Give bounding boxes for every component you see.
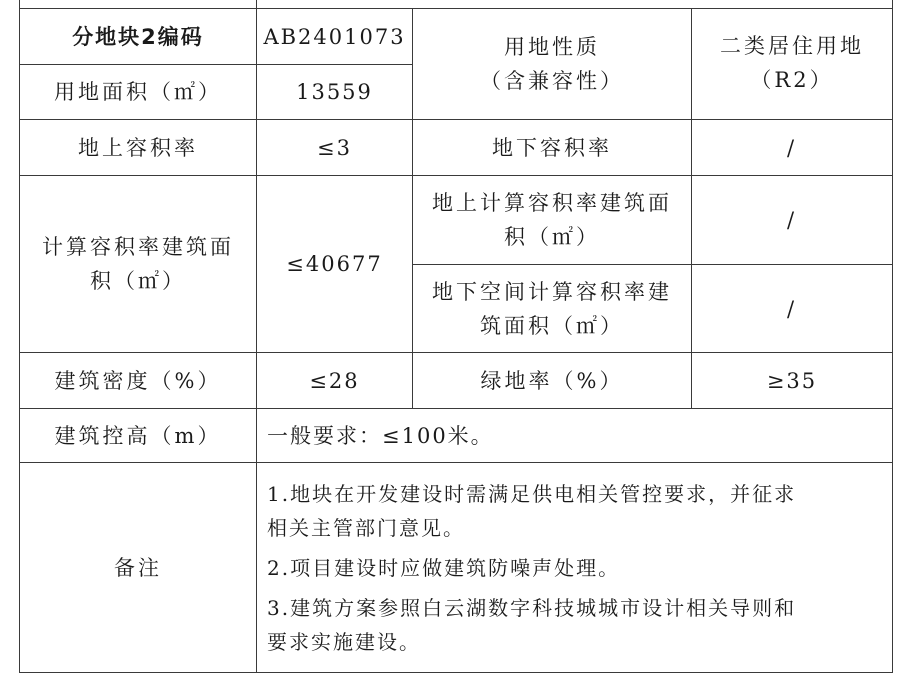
note-item: 2.项目建设时应做建筑防噪声处理。 <box>267 551 882 585</box>
table-row: 分地块2编码 AB2401073 用地性质 （含兼容性） 二类居住用地 （R2） <box>20 9 893 65</box>
height-limit-label: 建筑控高（m） <box>20 409 257 463</box>
table-stub-row <box>20 0 893 9</box>
height-limit-value: 一般要求：≤100米。 <box>257 409 893 463</box>
green-ratio-label: 绿地率（%） <box>413 353 692 409</box>
building-density-label: 建筑密度（%） <box>20 353 257 409</box>
planning-indicators-table: 分地块2编码 AB2401073 用地性质 （含兼容性） 二类居住用地 （R2）… <box>19 0 893 673</box>
below-calc-area-label: 地下空间计算容积率建 筑面积（㎡） <box>413 265 692 353</box>
table-row: 计算容积率建筑面 积（㎡） ≤40677 地上计算容积率建筑面 积（㎡） / <box>20 176 893 265</box>
far-below-label: 地下容积率 <box>413 120 692 176</box>
land-area-value: 13559 <box>257 65 413 120</box>
table-row: 备注 1.地块在开发建设时需满足供电相关管控要求，并征求 相关主管部门意见。 2… <box>20 463 893 673</box>
building-density-value: ≤28 <box>257 353 413 409</box>
far-above-label: 地上容积率 <box>20 120 257 176</box>
notes-label: 备注 <box>20 463 257 673</box>
notes-content: 1.地块在开发建设时需满足供电相关管控要求，并征求 相关主管部门意见。 2.项目… <box>257 463 893 673</box>
plot-code-value: AB2401073 <box>257 9 413 65</box>
plot-code-label: 分地块2编码 <box>20 9 257 65</box>
table-row: 地上容积率 ≤3 地下容积率 / <box>20 120 893 176</box>
calc-area-label: 计算容积率建筑面 积（㎡） <box>20 176 257 353</box>
below-calc-area-value: / <box>692 265 893 353</box>
calc-area-value: ≤40677 <box>257 176 413 353</box>
land-area-label: 用地面积（㎡） <box>20 65 257 120</box>
land-use-value: 二类居住用地 （R2） <box>692 9 893 120</box>
table-row: 建筑控高（m） 一般要求：≤100米。 <box>20 409 893 463</box>
far-below-value: / <box>692 120 893 176</box>
green-ratio-value: ≥35 <box>692 353 893 409</box>
table-row: 建筑密度（%） ≤28 绿地率（%） ≥35 <box>20 353 893 409</box>
above-calc-area-label: 地上计算容积率建筑面 积（㎡） <box>413 176 692 265</box>
land-use-label: 用地性质 （含兼容性） <box>413 9 692 120</box>
above-calc-area-value: / <box>692 176 893 265</box>
far-above-value: ≤3 <box>257 120 413 176</box>
note-item: 3.建筑方案参照白云湖数字科技城城市设计相关导则和 要求实施建设。 <box>267 591 882 659</box>
note-item: 1.地块在开发建设时需满足供电相关管控要求，并征求 相关主管部门意见。 <box>267 477 882 545</box>
